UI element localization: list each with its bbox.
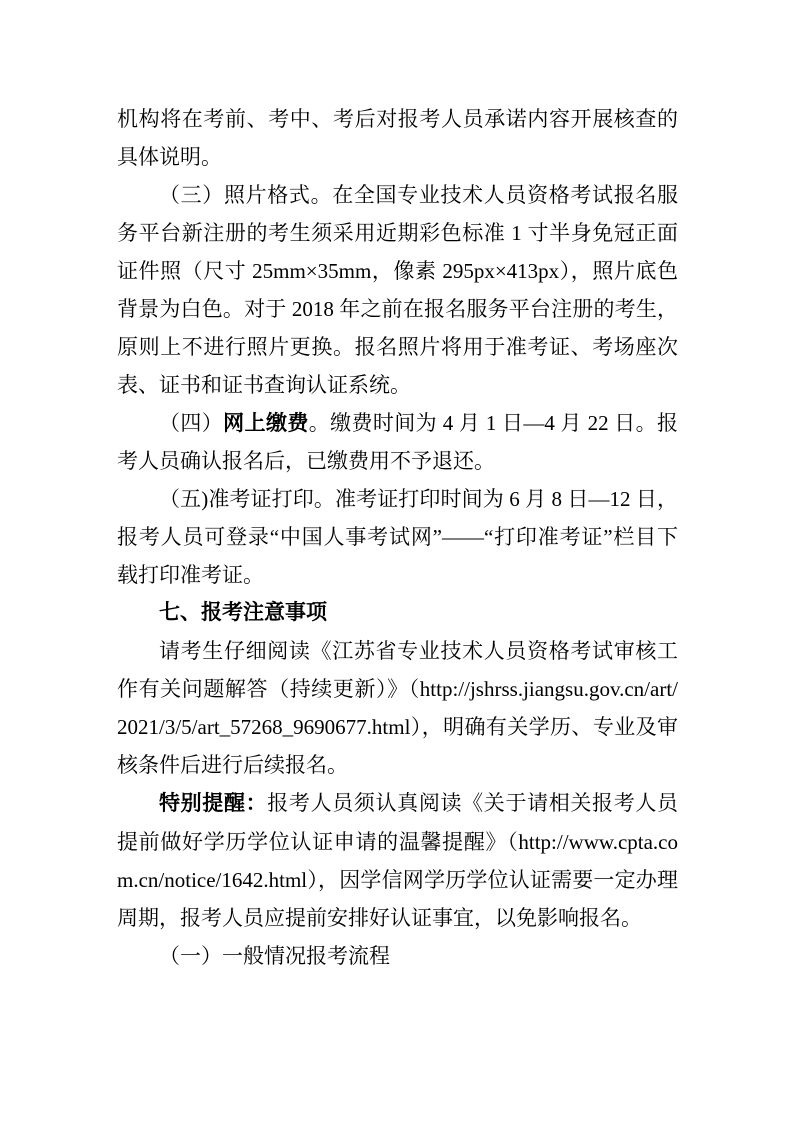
document-page: 机构将在考前、考中、考后对报考人员承诺内容开展核查的具体说明。 （三）照片格式。… [0, 0, 794, 1123]
payment-item-label: 网上缴费 [223, 411, 309, 435]
paragraph-photo-format: （三）照片格式。在全国专业技术人员资格考试报名服务平台新注册的考生须采用近期彩色… [117, 176, 678, 404]
paragraph-general-flow: （一）一般情况报考流程 [117, 937, 678, 975]
document-body-text: 机构将在考前、考中、考后对报考人员承诺内容开展核查的具体说明。 （三）照片格式。… [117, 100, 678, 975]
paragraph-verification-note: 机构将在考前、考中、考后对报考人员承诺内容开展核查的具体说明。 [117, 100, 678, 176]
special-reminder-label: 特别提醒： [159, 792, 267, 815]
paragraph-special-reminder: 特别提醒：报考人员须认真阅读《关于请相关报考人员提前做好学历学位认证申请的温馨提… [117, 784, 678, 937]
section-heading-notes: 七、报考注意事项 [117, 594, 678, 632]
payment-item-number: （四） [159, 411, 223, 435]
paragraph-online-payment: （四）网上缴费。缴费时间为 4 月 1 日—4 月 22 日。报考人员确认报名后… [117, 404, 678, 480]
paragraph-review-notice: 请考生仔细阅读《江苏省专业技术人员资格考试审核工作有关问题解答（持续更新）》（h… [117, 632, 678, 784]
paragraph-admission-ticket: （五)准考证打印。准考证打印时间为 6 月 8 日—12 日，报考人员可登录“中… [117, 480, 678, 594]
